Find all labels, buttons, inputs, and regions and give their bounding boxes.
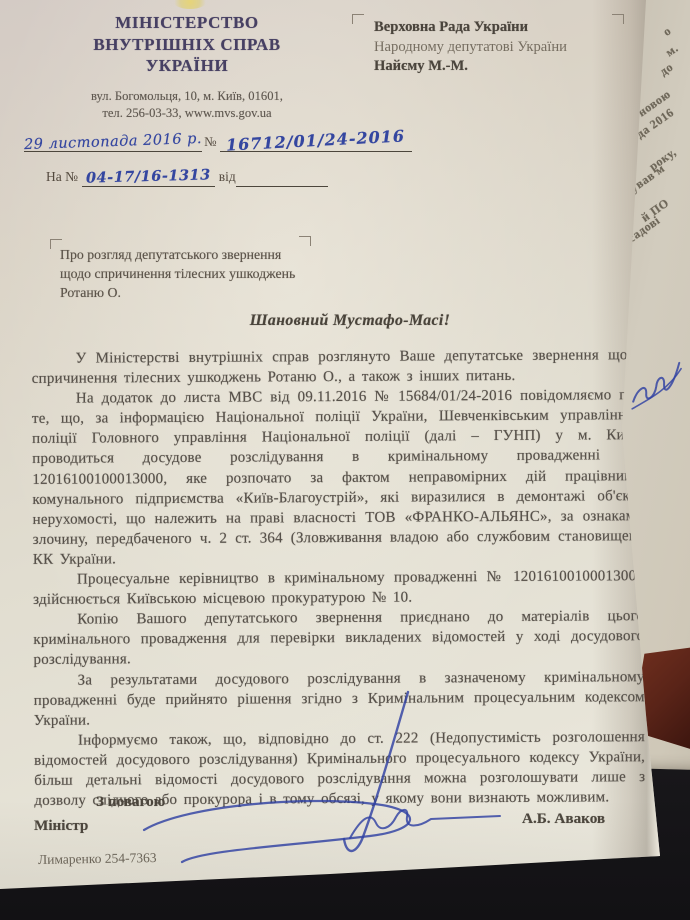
signer-title: Міністр xyxy=(34,817,88,835)
empty-date-blank xyxy=(236,171,328,187)
number-sign-label: № xyxy=(204,134,216,149)
subject-block: Про розгляд депутатського звернення щодо… xyxy=(60,245,328,302)
from-date-label: від xyxy=(219,169,236,184)
photo-of-official-letter: о м. до новою да 2016 року, ував м й ПО … xyxy=(0,0,690,920)
ministry-address: вул. Богомольця, 10, м. Київ, 01601, xyxy=(28,88,346,105)
ministry-name-line: УКРАЇНИ xyxy=(28,55,346,77)
letter-page: МІНІСТЕРСТВО ВНУТРІШНІХ СПРАВ УКРАЇНИ ву… xyxy=(0,0,690,920)
emblem-icon xyxy=(172,0,208,9)
reply-to-label: На № xyxy=(46,169,78,184)
addressee-name: Найєму М.-М. xyxy=(374,57,624,77)
ministry-name-line: ВНУТРІШНІХ СПРАВ xyxy=(28,34,346,56)
subject-line: Про розгляд депутатського звернення xyxy=(60,245,328,264)
registration-line: 29 листопада 2016 р.№ 16712/01/24-2016 xyxy=(24,131,384,152)
address-corner-mark xyxy=(352,14,364,24)
reply-reference-line: На № 04-17/16-1313 від xyxy=(46,168,328,187)
body-paragraph: Процесуальне керівництво в кримінальному… xyxy=(33,566,644,610)
pen-scribble-mark xyxy=(621,344,690,424)
minister-signature xyxy=(118,678,663,868)
salutation: Шановний Мустафо-Масі! xyxy=(120,312,580,330)
subject-line: Ротаню О. xyxy=(60,283,328,302)
body-paragraph: Копію Вашого депутатського звернення при… xyxy=(33,606,644,670)
body-paragraph: У Міністерстві внутрішніх справ розгляну… xyxy=(32,345,643,389)
addressee-block: Верховна Рада України Народному депутато… xyxy=(374,18,624,77)
ministry-name-line: МІНІСТЕРСТВО xyxy=(28,12,346,34)
addressee-role: Народному депутатові України xyxy=(374,38,624,58)
handwritten-date: 29 листопада 2016 р. xyxy=(24,131,203,153)
body-paragraph: На додаток до листа МВС від 09.11.2016 №… xyxy=(32,385,644,570)
handwritten-outgoing-number: 16712/01/24-2016 xyxy=(220,126,412,155)
addressee-institution: Верховна Рада України xyxy=(374,18,624,38)
ministry-contact: тел. 256-03-33, www.mvs.gov.ua xyxy=(28,105,346,122)
letterhead: МІНІСТЕРСТВО ВНУТРІШНІХ СПРАВ УКРАЇНИ ву… xyxy=(28,12,346,122)
handwritten-incoming-number: 04-17/16-1313 xyxy=(82,166,215,186)
subject-line: щодо спричинення тілесних ушкоджень xyxy=(60,264,328,283)
